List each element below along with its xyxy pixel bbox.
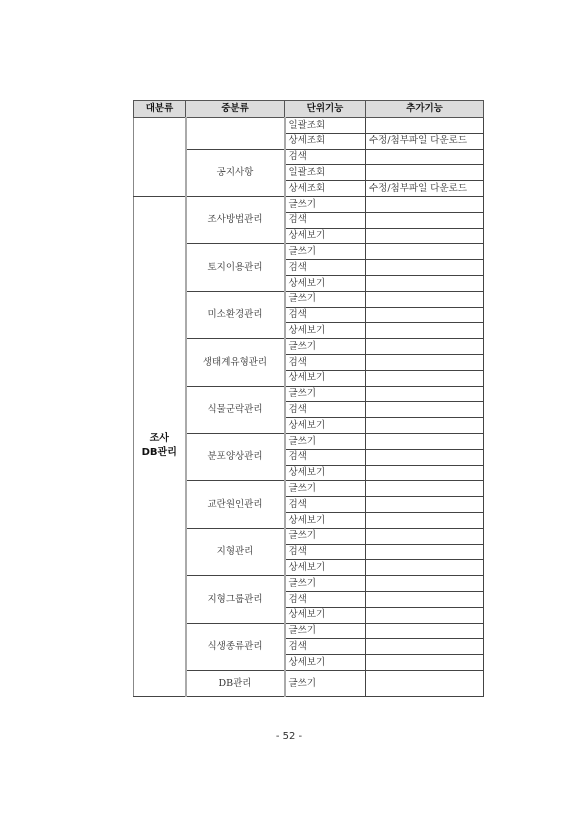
- major-category-cell: [134, 118, 186, 197]
- unit-function-cell: 글쓰기: [285, 623, 366, 639]
- additional-function-cell: [366, 418, 484, 434]
- additional-function-cell: [366, 576, 484, 592]
- unit-function-cell: 검색: [285, 149, 366, 165]
- additional-function-cell: [366, 260, 484, 276]
- additional-function-cell: [366, 339, 484, 355]
- additional-function-cell: [366, 449, 484, 465]
- unit-function-cell: 글쓰기: [285, 670, 366, 696]
- table-row: 지형관리글쓰기: [134, 528, 484, 544]
- unit-function-cell: 글쓰기: [285, 196, 366, 212]
- additional-function-cell: [366, 149, 484, 165]
- unit-function-cell: 상세보기: [285, 512, 366, 528]
- unit-function-cell: 상세조회: [285, 133, 366, 149]
- middle-category-cell: [186, 118, 285, 150]
- unit-function-cell: 검색: [285, 402, 366, 418]
- middle-category-cell: 조사방법관리: [186, 196, 285, 243]
- additional-function-cell: [366, 370, 484, 386]
- additional-function-cell: 수정/첨부파일 다운로드: [366, 133, 484, 149]
- unit-function-cell: 상세보기: [285, 418, 366, 434]
- unit-function-cell: 상세보기: [285, 607, 366, 623]
- additional-function-cell: [366, 307, 484, 323]
- survey-db-section: 조사DB관리조사방법관리글쓰기검색상세보기토지이용관리글쓰기검색상세보기미소환경…: [134, 196, 484, 696]
- additional-function-cell: 수정/첨부파일 다운로드: [366, 181, 484, 197]
- header-unit-function: 단위기능: [285, 101, 366, 118]
- unit-function-cell: 일괄조회: [285, 118, 366, 134]
- additional-function-cell: [366, 291, 484, 307]
- unit-function-cell: 검색: [285, 354, 366, 370]
- additional-function-cell: [366, 212, 484, 228]
- major-category-line2: DB관리: [134, 446, 185, 460]
- additional-function-cell: [366, 607, 484, 623]
- unit-function-cell: 상세보기: [285, 323, 366, 339]
- unit-function-cell: 검색: [285, 212, 366, 228]
- additional-function-cell: [366, 544, 484, 560]
- unit-function-cell: 상세보기: [285, 228, 366, 244]
- unit-function-cell: 글쓰기: [285, 291, 366, 307]
- table-row: 식물군락관리글쓰기: [134, 386, 484, 402]
- page-number: - 52 -: [0, 731, 578, 742]
- unit-function-cell: 글쓰기: [285, 576, 366, 592]
- additional-function-cell: [366, 655, 484, 671]
- unit-function-cell: 상세보기: [285, 465, 366, 481]
- unit-function-cell: 검색: [285, 544, 366, 560]
- unit-function-cell: 검색: [285, 497, 366, 513]
- unit-function-cell: 검색: [285, 260, 366, 276]
- table-row: 지형그룹관리글쓰기: [134, 576, 484, 592]
- table-row: 식생종류관리글쓰기: [134, 623, 484, 639]
- middle-category-cell: 토지이용관리: [186, 244, 285, 291]
- middle-category-cell: 공지사항: [186, 149, 285, 196]
- table-row: 일괄조회: [134, 118, 484, 134]
- unit-function-cell: 글쓰기: [285, 528, 366, 544]
- function-spec-table: 대분류 중분류 단위기능 추가기능 일괄조회 상세조회 수정/첨부파일 다운로드…: [133, 100, 484, 697]
- additional-function-cell: [366, 623, 484, 639]
- table-row: DB관리글쓰기: [134, 670, 484, 696]
- unit-function-cell: 상세보기: [285, 655, 366, 671]
- middle-category-cell: 미소환경관리: [186, 291, 285, 338]
- major-category-line1: 조사: [134, 432, 185, 446]
- additional-function-cell: [366, 118, 484, 134]
- unit-function-cell: 검색: [285, 591, 366, 607]
- header-major-category: 대분류: [134, 101, 186, 118]
- table-row: 분포양상관리글쓰기: [134, 433, 484, 449]
- table-row: 미소환경관리글쓰기: [134, 291, 484, 307]
- additional-function-cell: [366, 354, 484, 370]
- table-header-row: 대분류 중분류 단위기능 추가기능: [134, 101, 484, 118]
- additional-function-cell: [366, 244, 484, 260]
- additional-function-cell: [366, 639, 484, 655]
- unit-function-cell: 글쓰기: [285, 433, 366, 449]
- middle-category-cell: 생태계유형관리: [186, 339, 285, 386]
- additional-function-cell: [366, 402, 484, 418]
- table-row: 토지이용관리글쓰기: [134, 244, 484, 260]
- unit-function-cell: 검색: [285, 639, 366, 655]
- additional-function-cell: [366, 196, 484, 212]
- additional-function-cell: [366, 465, 484, 481]
- unit-function-cell: 검색: [285, 307, 366, 323]
- unit-function-cell: 상세보기: [285, 370, 366, 386]
- table-row: 조사DB관리조사방법관리글쓰기: [134, 196, 484, 212]
- middle-category-cell: 식물군락관리: [186, 386, 285, 433]
- additional-function-cell: [366, 275, 484, 291]
- additional-function-cell: [366, 591, 484, 607]
- unit-function-cell: 글쓰기: [285, 339, 366, 355]
- additional-function-cell: [366, 228, 484, 244]
- middle-category-cell: 지형그룹관리: [186, 576, 285, 623]
- table-row: 생태계유형관리글쓰기: [134, 339, 484, 355]
- middle-category-cell: 교란원인관리: [186, 481, 285, 528]
- table-row: 교란원인관리글쓰기: [134, 481, 484, 497]
- additional-function-cell: [366, 670, 484, 696]
- header-additional-function: 추가기능: [366, 101, 484, 118]
- unit-function-cell: 글쓰기: [285, 386, 366, 402]
- unit-function-cell: 상세보기: [285, 275, 366, 291]
- additional-function-cell: [366, 497, 484, 513]
- additional-function-cell: [366, 512, 484, 528]
- unit-function-cell: 상세조회: [285, 181, 366, 197]
- document-page: 대분류 중분류 단위기능 추가기능 일괄조회 상세조회 수정/첨부파일 다운로드…: [0, 0, 578, 840]
- additional-function-cell: [366, 481, 484, 497]
- table-row: 공지사항 검색: [134, 149, 484, 165]
- unit-function-cell: 글쓰기: [285, 244, 366, 260]
- middle-category-cell: 지형관리: [186, 528, 285, 575]
- additional-function-cell: [366, 386, 484, 402]
- additional-function-cell: [366, 165, 484, 181]
- middle-category-cell: 식생종류관리: [186, 623, 285, 670]
- additional-function-cell: [366, 433, 484, 449]
- unit-function-cell: 검색: [285, 449, 366, 465]
- middle-category-cell: 분포양상관리: [186, 433, 285, 480]
- header-middle-category: 중분류: [186, 101, 285, 118]
- table-body: 일괄조회 상세조회 수정/첨부파일 다운로드 공지사항 검색 일괄조회 상세조회…: [134, 118, 484, 197]
- additional-function-cell: [366, 560, 484, 576]
- middle-category-cell: DB관리: [186, 670, 285, 696]
- unit-function-cell: 일괄조회: [285, 165, 366, 181]
- major-category-cell: 조사DB관리: [134, 196, 186, 696]
- unit-function-cell: 글쓰기: [285, 481, 366, 497]
- unit-function-cell: 상세보기: [285, 560, 366, 576]
- additional-function-cell: [366, 323, 484, 339]
- additional-function-cell: [366, 528, 484, 544]
